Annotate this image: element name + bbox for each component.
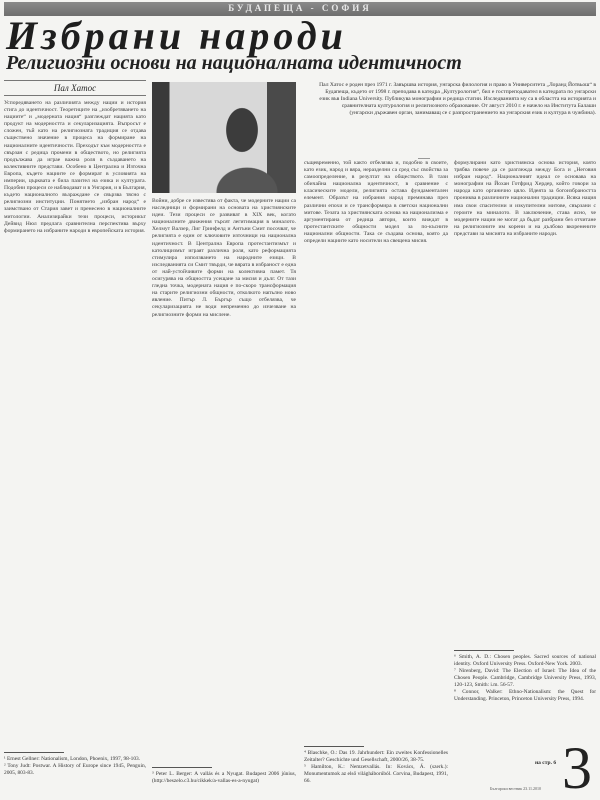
author-photo xyxy=(152,82,296,193)
footnote-rule xyxy=(304,746,364,747)
footnote: ¹ Ernest Gellner: Nationalism, London, P… xyxy=(4,756,146,763)
footnote-rule xyxy=(454,650,514,651)
column-4: формулирани като християнска основа исто… xyxy=(454,160,596,238)
article-subtitle: Религиозни основи на националната иденти… xyxy=(6,52,462,74)
section-label: БУДАПЕЩА - СОФИЯ xyxy=(4,3,596,13)
footnotes-4: ⁶ Smith, A. D.: Chosen peoples. Sacred s… xyxy=(454,646,596,703)
footnote: ⁴ Blaschke, O.: Das 19. Jahrhundert: Ein… xyxy=(304,750,448,764)
column-text: Успоредяването на различията между нации… xyxy=(4,100,146,235)
column-text: Войни, добре се известява от факта, че м… xyxy=(152,198,296,319)
column-1: Успоредяването на различията между нации… xyxy=(4,100,146,235)
column-text: формулирани като християнска основа исто… xyxy=(454,160,596,238)
column-text: същевременно, той както отбелязва и, под… xyxy=(304,160,448,245)
author-bio: Пал Хатос е роден през 1971 г. Завършва … xyxy=(318,82,596,117)
publication-line: Български вестник 23.11.2010 xyxy=(490,786,541,791)
footnote: ³ Peter L. Berger: A vallás és a Nyugat.… xyxy=(152,771,296,785)
column-3: същевременно, той както отбелязва и, под… xyxy=(304,160,448,245)
continued-on-page: на стр. 6 xyxy=(535,760,556,766)
footnote: ⁶ Smith, A. D.: Chosen peoples. Sacred s… xyxy=(454,654,596,668)
footnote-rule xyxy=(152,767,212,768)
footnote: ⁷ Nirenberg, David: The Election of Isra… xyxy=(454,668,596,689)
author-byline: Пал Хатос xyxy=(4,80,146,96)
article-title: Избрани народи xyxy=(6,15,347,57)
footnote-rule xyxy=(4,752,64,753)
divider xyxy=(418,158,430,159)
column-2: Войни, добре се известява от факта, че м… xyxy=(152,198,296,319)
footnote: ⁸ Connor, Walker: Ethno-Nationalism: the… xyxy=(454,689,596,703)
footnote: ² Tony Judt: Postwar. A History of Europ… xyxy=(4,763,146,777)
footnote: ⁵ Hamilton, K.: Nemzetvallás. In: Kovács… xyxy=(304,764,448,785)
page-number: 3 xyxy=(562,738,592,798)
footnotes-2: ³ Peter L. Berger: A vallás és a Nyugat.… xyxy=(152,763,296,785)
footnotes-1: ¹ Ernest Gellner: Nationalism, London, P… xyxy=(4,748,146,777)
footnotes-3: ⁴ Blaschke, O.: Das 19. Jahrhundert: Ein… xyxy=(304,742,448,785)
